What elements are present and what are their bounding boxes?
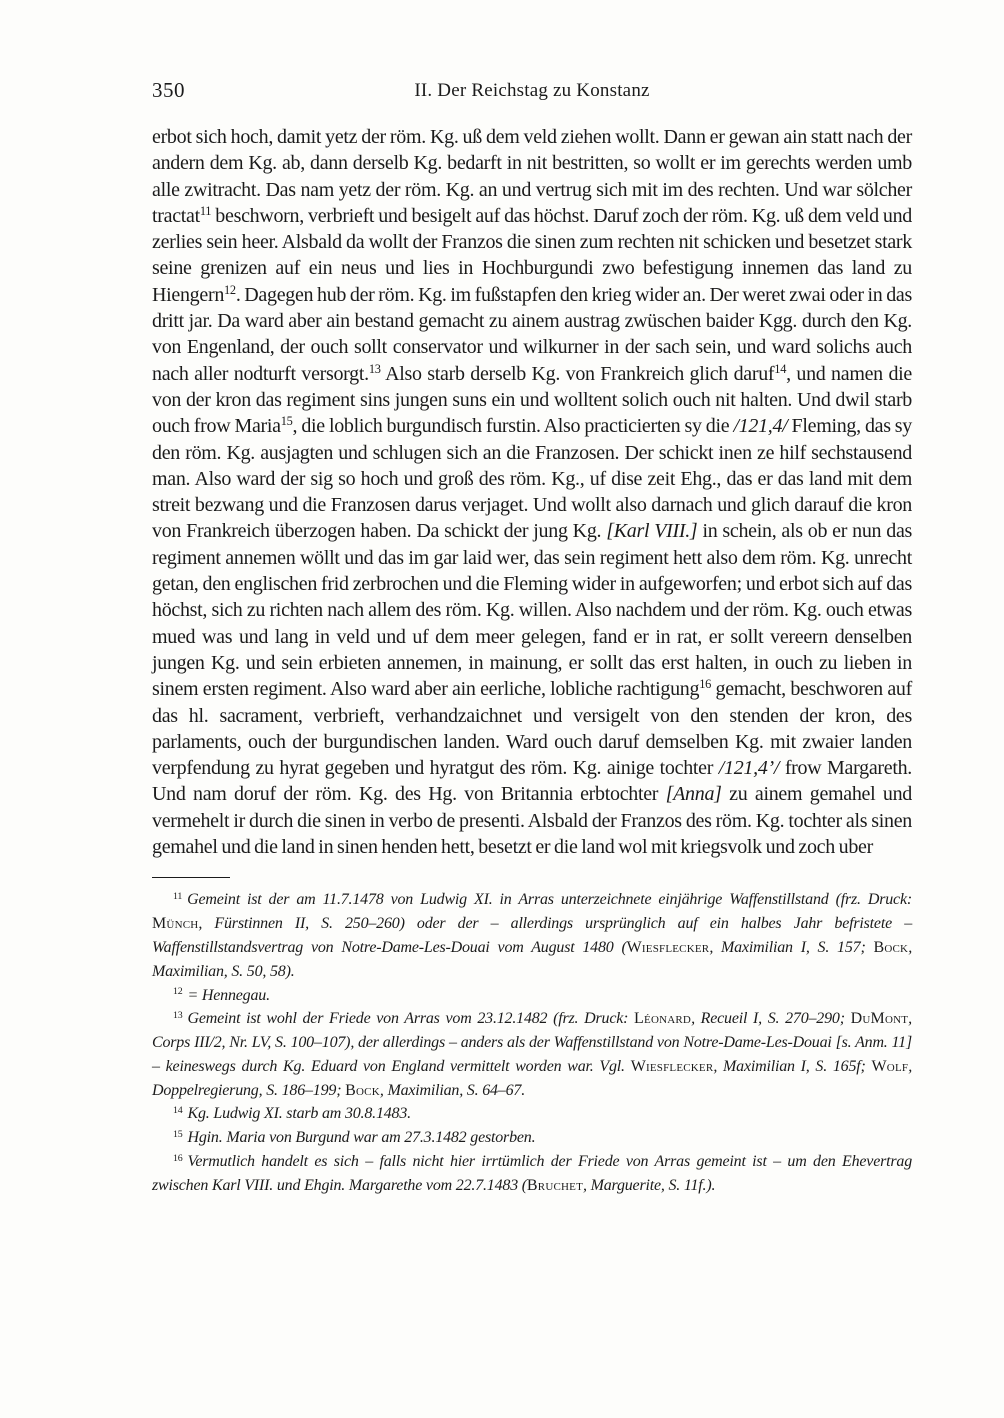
- text-run: Léonard: [634, 1010, 691, 1027]
- book-page: 350 II. Der Reichstag zu Konstanz erbot …: [0, 0, 1004, 1418]
- text-run: Bock: [345, 1082, 380, 1099]
- text-run: DuMont: [851, 1010, 909, 1027]
- text-run: , Recueil I, S. 270–290;: [691, 1010, 851, 1027]
- main-text-block: erbot sich hoch, damit yetz der röm. Kg.…: [152, 124, 912, 860]
- text-run: Gemeint ist wohl der Friede von Arras vo…: [188, 1010, 635, 1027]
- text-run: Bock: [873, 939, 908, 956]
- footnote-item: 15Hgin. Maria von Burgund war am 27.3.14…: [152, 1126, 912, 1150]
- text-run: /121,4/: [733, 415, 787, 437]
- text-run: , Maximilian, S. 64–67.: [380, 1082, 525, 1099]
- footnote-ref: 13: [369, 362, 381, 376]
- running-head: II. Der Reichstag zu Konstanz: [152, 80, 912, 102]
- text-run: Münch: [152, 915, 198, 932]
- page-header: 350 II. Der Reichstag zu Konstanz: [152, 78, 912, 106]
- text-run: Kg. Ludwig XI. starb am 30.8.1483.: [188, 1105, 411, 1122]
- footnote-ref: 16: [699, 677, 711, 691]
- text-run: , Maximilian I, S. 157;: [709, 939, 873, 956]
- text-run: Wiesflecker: [627, 939, 710, 956]
- footnote-number: 11: [173, 891, 182, 902]
- footnote-number: 13: [173, 1010, 183, 1021]
- text-run: /121,4’/: [719, 757, 779, 779]
- footnotes-section: 11Gemeint ist der am 11.7.1478 von Ludwi…: [152, 888, 912, 1197]
- text-run: Wiesflecker: [631, 1058, 714, 1075]
- text-run: , Maximilian I, S. 165f;: [713, 1058, 871, 1075]
- footnote-item: 14Kg. Ludwig XI. starb am 30.8.1483.: [152, 1102, 912, 1126]
- footnote-item: 12= Hennegau.: [152, 984, 912, 1008]
- footnote-ref: 14: [774, 362, 786, 376]
- footnote-number: 16: [173, 1153, 183, 1164]
- footnote-ref: 12: [224, 283, 236, 297]
- text-run: in schein, als ob er nun das regiment an…: [152, 520, 912, 700]
- text-run: Gemeint ist der am 11.7.1478 von Ludwig …: [187, 891, 912, 908]
- footnote-number: 14: [173, 1105, 183, 1116]
- text-run: Also starb derselb Kg. von Frankreich gl…: [381, 363, 775, 385]
- footnote-number: 15: [173, 1129, 183, 1140]
- footnote-ref: 11: [200, 204, 211, 218]
- footnote-ref: 15: [281, 414, 293, 428]
- text-run: Hgin. Maria von Burgund war am 27.3.1482…: [188, 1129, 536, 1146]
- footnote-number: 12: [173, 986, 183, 997]
- body-paragraph: erbot sich hoch, damit yetz der röm. Kg.…: [152, 124, 912, 860]
- text-run: Wolf: [872, 1058, 909, 1075]
- text-run: , die loblich burgundisch furstin. Also …: [293, 415, 734, 437]
- footnote-item: 13Gemeint ist wohl der Friede von Arras …: [152, 1007, 912, 1102]
- footnote-item: 11Gemeint ist der am 11.7.1478 von Ludwi…: [152, 888, 912, 983]
- text-run: , Marguerite, S. 11f.).: [583, 1177, 715, 1194]
- text-run: Bruchet: [527, 1177, 583, 1194]
- footnote-item: 16Vermutlich handelt es sich – falls nic…: [152, 1150, 912, 1198]
- text-run: [Karl VIII.]: [606, 520, 697, 542]
- footnote-separator: [152, 877, 230, 878]
- text-run: = Hennegau.: [188, 987, 270, 1004]
- text-run: [Anna]: [666, 783, 722, 805]
